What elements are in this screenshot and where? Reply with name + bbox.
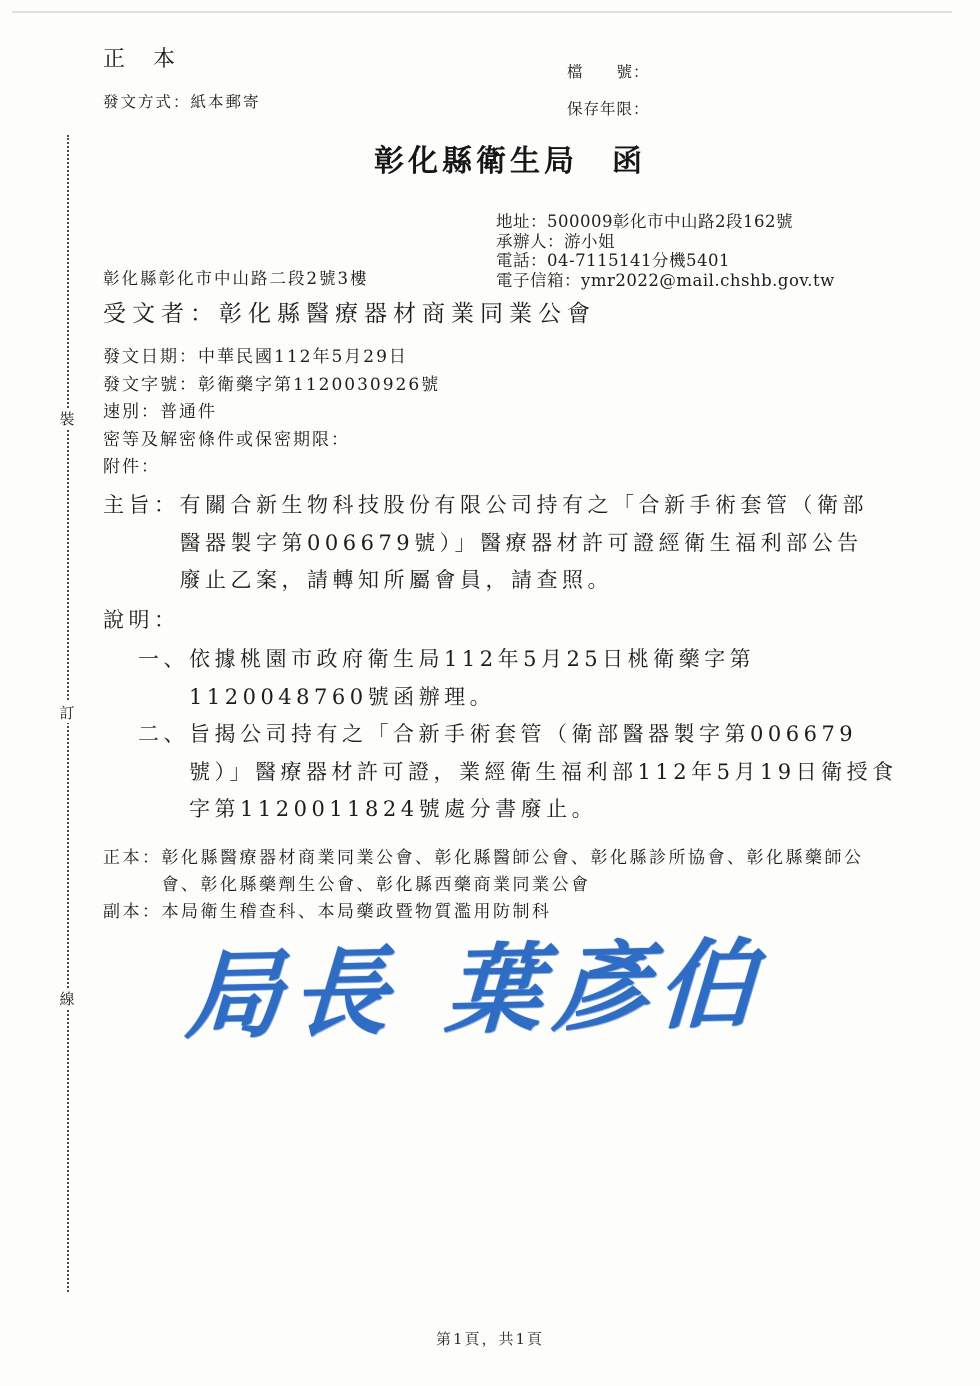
signer-name: 葉彥伯 bbox=[443, 927, 766, 1047]
security-classification: 密等及解密條件或保密期限： bbox=[103, 427, 440, 455]
subject-text: 有關合新生物科技股份有限公司持有之「合新手術套管（衛部醫器製字第006679號）… bbox=[180, 487, 886, 600]
sender-info-block: 地址：500009彰化市中山路2段162號 承辦人：游小姐 電話：04-7115… bbox=[496, 212, 835, 290]
distribution-block: 正本： 彰化縣醫療器材商業同業公會、彰化縣醫師公會、彰化縣診所協會、彰化縣藥師公… bbox=[103, 845, 900, 926]
scan-artifact-streak bbox=[12, 11, 952, 13]
copy-type-label: 正 本 bbox=[103, 42, 178, 73]
binding-char-xian: 線 bbox=[56, 988, 78, 1009]
binding-char-zhuang: 裝 bbox=[56, 408, 78, 429]
delivery-method: 發文方式：紙本郵寄 bbox=[103, 90, 261, 112]
sender-contact-person: 承辦人：游小姐 bbox=[496, 232, 835, 252]
document-number: 發文字號：彰衛藥字第1120030926號 bbox=[103, 372, 440, 400]
sender-email: 電子信箱：ymr2022@mail.chshb.gov.tw bbox=[496, 271, 835, 291]
sender-address: 地址：500009彰化市中山路2段162號 bbox=[496, 212, 835, 232]
binding-char-ding: 訂 bbox=[56, 702, 78, 723]
item-text: 旨揭公司持有之「合新手術套管（衛部醫器製字第006679號）」醫療器材許可證，業… bbox=[189, 716, 905, 829]
original-recipients-row: 正本： 彰化縣醫療器材商業同業公會、彰化縣醫師公會、彰化縣診所協會、彰化縣藥師公… bbox=[103, 845, 900, 899]
copy-recipients-row: 副本： 本局衛生稽查科、本局藥政暨物質濫用防制科 bbox=[103, 899, 900, 926]
file-number-label: 檔 號： bbox=[567, 60, 650, 82]
explanation-label: 說明： bbox=[103, 604, 180, 634]
signer-title: 局長 bbox=[183, 935, 400, 1053]
original-recipients: 彰化縣醫療器材商業同業公會、彰化縣醫師公會、彰化縣診所協會、彰化縣藥師公會、彰化… bbox=[162, 845, 900, 899]
copy-recipients: 本局衛生稽查科、本局藥政暨物質濫用防制科 bbox=[162, 899, 900, 926]
recipient-address: 彰化縣彰化市中山路二段2號3樓 bbox=[103, 265, 369, 289]
attachment-label: 附件： bbox=[103, 454, 440, 482]
explanation-item-1: 一、 依據桃園市政府衛生局112年5月25日桃衛藥字第1120048760號函辦… bbox=[138, 641, 905, 716]
subject-label: 主旨： bbox=[103, 487, 180, 600]
explanation-item-2: 二、 旨揭公司持有之「合新手術套管（衛部醫器製字第006679號）」醫療器材許可… bbox=[138, 716, 905, 829]
recipient-line: 受文者：彰化縣醫療器材商業同業公會 bbox=[103, 295, 596, 328]
subject-paragraph: 主旨： 有關合新生物科技股份有限公司持有之「合新手術套管（衛部醫器製字第0066… bbox=[103, 487, 886, 600]
director-signature-stamp: 局長葉彥伯 bbox=[183, 924, 789, 1057]
issue-date: 發文日期：中華民國112年5月29日 bbox=[103, 344, 440, 372]
page-number-footer: 第1頁，共1頁 bbox=[0, 1328, 980, 1349]
document-title: 彰化縣衛生局 函 bbox=[0, 136, 980, 180]
item-text: 依據桃園市政府衛生局112年5月25日桃衛藥字第1120048760號函辦理。 bbox=[189, 641, 905, 716]
item-number: 二、 bbox=[138, 716, 189, 829]
copy-recipients-label: 副本： bbox=[103, 899, 162, 926]
retention-period-label: 保存年限： bbox=[567, 97, 650, 119]
item-number: 一、 bbox=[138, 641, 189, 716]
document-meta-block: 發文日期：中華民國112年5月29日 發文字號：彰衛藥字第1120030926號… bbox=[103, 344, 440, 482]
scanned-official-letter: 裝 訂 線 正 本 發文方式：紙本郵寄 檔 號： 保存年限： 彰化縣衛生局 函 … bbox=[0, 0, 980, 1386]
priority-level: 速別：普通件 bbox=[103, 399, 440, 427]
sender-phone: 電話：04-7115141分機5401 bbox=[496, 251, 835, 271]
original-recipients-label: 正本： bbox=[103, 845, 162, 899]
